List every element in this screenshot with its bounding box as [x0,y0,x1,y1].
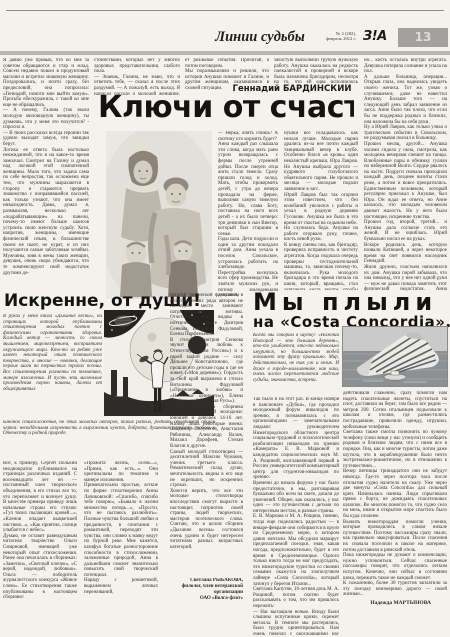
article1-column-5: но... кисть осталась внутри агрегата. Де… [364,58,447,291]
newspaper-logo: З!А [363,29,387,44]
page-number: 13 [398,28,448,47]
article3-signature: Надежда МАРТЫНОВА [343,600,447,606]
article1-column-1: Я давно уже привык, что ко мне за совето… [3,58,89,289]
article3-column-2: действовали слаженно, сразу помогли нам … [343,391,447,596]
article1-column-3-bottom: — Нерка, опять спишь? А скотину кто корм… [218,131,278,304]
article1-column-4-bottom: нушки все складывалось как нельзя лучше.… [284,131,358,290]
family-sketch-image [106,131,212,299]
article2-column-2: «Прожита жизнь, осень...», «Прими, как е… [84,461,158,635]
article3-headline-line1: Мы плыли [253,288,437,316]
issue-info: № 2 (282), февраль 2012 г. [300,31,356,42]
newspaper-page: Линии судьбы № 2 (282), февраль 2012 г. … [0,0,450,637]
family-sketch-drawing [106,131,212,299]
header-band [0,51,450,55]
article1-headline: Ключи от счастья [98,91,354,127]
capsized-ship-drawing [343,327,447,386]
article2-column-1: Вот, к примеру, Сергей Полькин неоднокра… [3,461,77,635]
article3-column-1-body: Так было и на этот раз. В конце ноября в… [253,397,339,635]
issue-date: февраль 2012 г. [300,36,356,41]
article2-signature: Светлана РЫБАКОВА, филолог, член ветеран… [150,578,243,602]
article1-column-4-top: зачастую выполняли грубую мужскую работу… [274,58,358,85]
article2-column-3: богатой творческой фантазией, в стихотво… [170,293,243,575]
top-rule [6,10,444,11]
article3-column-1-intro: Когда мы говорим в шутку: «Нижний Новгор… [253,333,339,395]
costa-concordia-photo [343,327,447,386]
article2-intro-column: В руках у меня книга «Дыхание весны», на… [3,314,102,417]
article1-column-2: стоинствами, которых нет у многих здоров… [94,58,180,95]
